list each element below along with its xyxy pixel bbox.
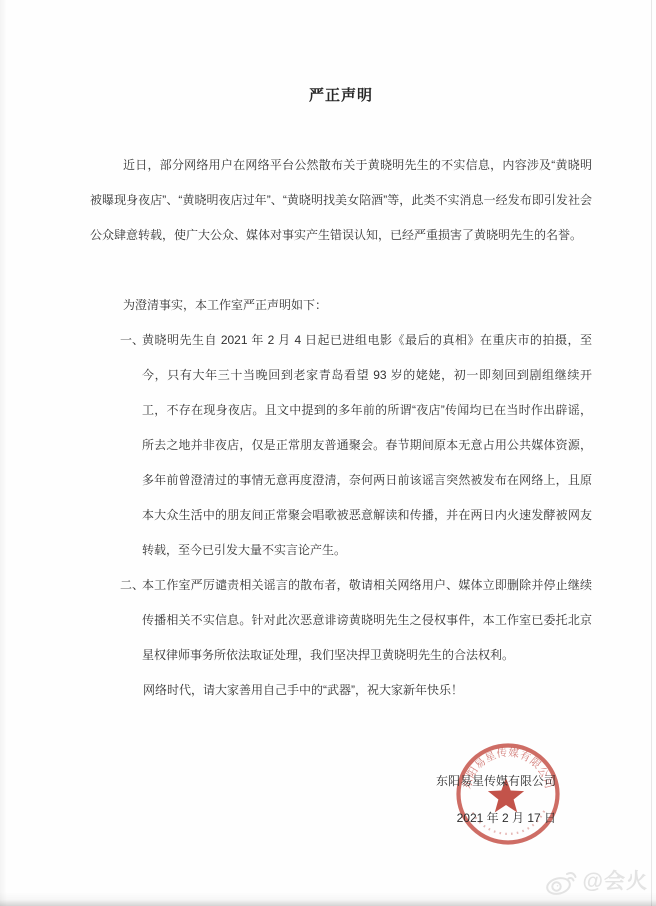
page-right-edge <box>651 0 652 906</box>
weibo-logo-icon <box>545 866 579 896</box>
company-seal: 东阳易星传媒有限公司 <box>454 741 564 849</box>
statement-document: 严正声明 近日，部分网络用户在网络平台公然散布关于黄晓明先生的不实信息，内容涉及… <box>0 0 656 906</box>
statement-item-2: 二、本工作室严厉谴责相关谣言的散布者，敬请相关网络用户、媒体立即删除并停止继续传… <box>90 568 592 673</box>
statement-body: 近日，部分网络用户在网络平台公然散布关于黄晓明先生的不实信息，内容涉及“黄晓明被… <box>90 148 592 708</box>
item-1-text: 黄晓明先生自 2021 年 2 月 4 日起已进组电影《最后的真相》在重庆市的拍… <box>142 333 592 557</box>
intro-paragraph: 近日，部分网络用户在网络平台公然散布关于黄晓明先生的不实信息，内容涉及“黄晓明被… <box>90 148 592 288</box>
lead-in-paragraph: 为澄清事实，本工作室严正声明如下： <box>90 288 592 323</box>
item-2-marker: 二、 <box>120 568 144 603</box>
document-title: 严正声明 <box>90 84 592 105</box>
signature-company: 东阳易星传媒有限公司 <box>436 773 556 789</box>
item-1-marker: 一、 <box>120 323 144 358</box>
signature-date: 2021 年 2 月 17 日 <box>457 810 556 826</box>
item-2-text: 本工作室严厉谴责相关谣言的散布者，敬请相关网络用户、媒体立即删除并停止继续传播相… <box>142 578 592 662</box>
closing-paragraph: 网络时代，请大家善用自己手中的“武器”，祝大家新年快乐！ <box>90 673 592 708</box>
watermark-text: @会火 <box>583 871 648 892</box>
watermark: @会火 <box>545 866 648 896</box>
page-left-edge <box>0 0 7 906</box>
statement-item-1: 一、黄晓明先生自 2021 年 2 月 4 日起已进组电影《最后的真相》在重庆市… <box>90 323 592 568</box>
